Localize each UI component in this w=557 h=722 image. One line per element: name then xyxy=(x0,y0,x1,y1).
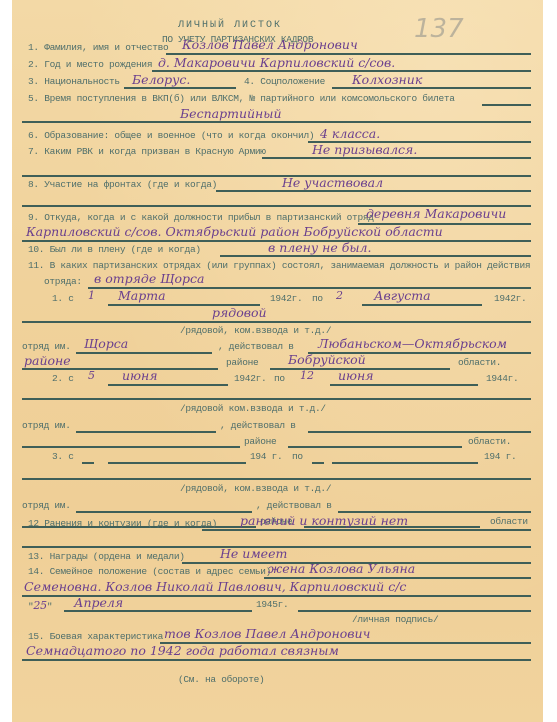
period-3-month-from-line xyxy=(108,462,246,464)
footer-note: (См. на обороте) xyxy=(178,674,264,685)
period-3-index: 3. с xyxy=(52,451,74,462)
period-1-acted-in: Любаньском—Октябрьском xyxy=(318,337,507,350)
field-7-line-2 xyxy=(22,175,531,177)
period-1-acted-in-cont: районе xyxy=(24,354,71,367)
field-5-value: Беспартийный xyxy=(180,107,282,120)
period-1-detachment-label: отряд им. xyxy=(22,341,71,352)
period-1-district-label: районе xyxy=(226,357,258,368)
field-4-value: Колхозник xyxy=(352,73,422,86)
signature-date-day: "25" xyxy=(28,599,52,612)
field-11-label: 11. В каких партизанских отрядах (или гр… xyxy=(28,260,530,271)
period-1-year-from: 1942г. xyxy=(270,293,302,304)
period-3-detachment-label: отряд им. xyxy=(22,500,71,511)
field-6-label: 6. Образование: общее и военное (что и к… xyxy=(28,130,314,141)
field-10-label: 10. Был ли в плену (где и когда) xyxy=(28,244,201,255)
signature-date-month-line xyxy=(64,610,252,612)
field-15-value-2: Семнадцатого по 1942 года работал связны… xyxy=(26,644,339,657)
field-8-value: Не участвовал xyxy=(282,176,383,189)
period-2-index: 2. с xyxy=(52,373,74,384)
period-2-rank-hint: /рядовой ком.взвода и т.д./ xyxy=(180,403,326,414)
period-2-acted-label: , действовал в xyxy=(220,420,296,431)
field-10-line xyxy=(220,255,531,257)
signature-line xyxy=(298,610,531,612)
signature-year: 1945г. xyxy=(256,599,288,610)
period-2-district-line xyxy=(288,446,462,448)
field-3-label: 3. Национальность xyxy=(28,76,120,87)
field-12-value: ранений и контузий нет xyxy=(240,514,408,527)
signature-date-month: Апреля xyxy=(74,596,123,609)
field-15-value-1: тов Козлов Павел Андронович xyxy=(164,627,370,640)
field-3-line xyxy=(124,87,236,89)
period-3-month-to-line xyxy=(332,462,478,464)
period-2-day-to: 12 xyxy=(300,369,314,382)
period-2-day-from: 5 xyxy=(88,369,95,382)
field-2-line xyxy=(152,70,531,72)
period-3-day-to-line xyxy=(312,462,324,464)
personnel-record-sheet: 137 ЛИЧНЫЙ ЛИСТОК ПО УЧЕТУ ПАРТИЗАНСКИХ … xyxy=(12,0,543,722)
period-1-district: Бобруйской xyxy=(288,353,366,366)
period-3-year-to: 194 г. xyxy=(484,451,516,462)
field-6-value: 4 класса. xyxy=(320,127,380,140)
period-2-month-from-line xyxy=(108,384,228,386)
field-8-line xyxy=(216,190,531,192)
period-2-month-from: июня xyxy=(122,369,158,382)
field-5-label: 5. Время поступления в ВКП(б) или ВЛКСМ,… xyxy=(28,93,455,104)
period-1-rank: рядовой xyxy=(212,306,267,319)
field-12-label: 12 Ранения и контузии (где и когда) xyxy=(28,518,217,529)
period-2-month-to-line xyxy=(330,384,478,386)
period-2-year-from: 1942г. xyxy=(234,373,266,384)
field-15-line-2 xyxy=(22,659,531,661)
period-2-to-label: по xyxy=(274,373,285,384)
period-2-district-label: районе xyxy=(244,436,276,447)
field-3-value: Белорус. xyxy=(132,73,190,86)
field-4-label: 4. Соцположение xyxy=(244,76,325,87)
period-1-month-to: Августа xyxy=(374,289,431,302)
period-1-acted-label: , действовал в xyxy=(218,341,294,352)
field-9-value-1: деревня Макаровичи xyxy=(366,207,506,220)
field-2-label: 2. Год и место рождения xyxy=(28,59,152,70)
period-2-region-label: области. xyxy=(468,436,511,447)
period-2-acted-line xyxy=(308,431,531,433)
archive-number: 137 xyxy=(414,14,464,44)
field-2-value: д. Макаровичи Карпиловский с/сов. xyxy=(158,56,395,69)
period-1-to-label: по xyxy=(312,293,323,304)
period-2-month-to: июня xyxy=(338,369,374,382)
field-14-label: 14. Семейное положение (состав и адрес с… xyxy=(28,566,271,577)
period-2-detachment-label: отряд им. xyxy=(22,420,71,431)
field-13-label: 13. Награды (ордена и медали) xyxy=(28,551,185,562)
field-1-label: 1. Фамилия, имя и отчество xyxy=(28,42,168,53)
period-1-detachment: Щорса xyxy=(84,337,128,350)
period-1-year-to: 1942г. xyxy=(494,293,526,304)
field-8-label: 8. Участие на фронтах (где и когда) xyxy=(28,179,217,190)
period-3-region-label: области xyxy=(490,516,528,527)
period-2-acted-line-2 xyxy=(22,446,240,448)
period-1-day-from: 1 xyxy=(88,289,95,302)
period-1-acted-line-2 xyxy=(22,368,218,370)
period-3-acted-label: , действовал в xyxy=(256,500,332,511)
period-3-detachment-line xyxy=(76,511,252,513)
period-1-month-to-line xyxy=(362,304,482,306)
document-title: ЛИЧНЫЙ ЛИСТОК xyxy=(178,20,282,31)
field-7-line xyxy=(262,157,531,159)
period-1-index: 1. с xyxy=(52,293,74,304)
field-13-value: Не имеет xyxy=(220,547,287,560)
field-5-line xyxy=(482,104,531,106)
field-11-label-cont: отряда: xyxy=(44,276,82,287)
field-14-value-1: жена Козлова Ульяна xyxy=(268,562,415,575)
field-12-line xyxy=(202,529,531,531)
field-10-value: в плену не был. xyxy=(268,241,371,254)
field-14-value-2: Семеновна. Козлов Николай Павлович, Карп… xyxy=(24,580,406,593)
period-1-rank-hint: /рядовой, ком.взвода и т.д./ xyxy=(180,325,331,336)
period-1-detachment-line xyxy=(76,352,212,354)
signature-hint: /личная подпись/ xyxy=(352,614,438,625)
period-2-detachment-line xyxy=(76,431,216,433)
field-7-label: 7. Каким РВК и когда призван в Красную А… xyxy=(28,146,266,157)
field-5-line-2 xyxy=(22,121,531,123)
period-1-region-label: области. xyxy=(458,357,501,368)
field-11-value: в отряде Щорса xyxy=(94,272,204,285)
period-1-month-from: Марта xyxy=(118,289,166,302)
field-15-label: 15. Боевая характеристика xyxy=(28,631,163,642)
field-1-value: Козлов Павел Андронович xyxy=(182,38,358,51)
period-1-day-to: 2 xyxy=(336,289,343,302)
field-9-value-2: Карпиловский с/сов. Октябрьский район Бо… xyxy=(26,225,443,238)
field-7-value: Не призывался. xyxy=(312,143,417,156)
period-2-year-to: 1944г. xyxy=(486,373,518,384)
period-1-rank-line xyxy=(22,321,531,323)
period-3-rank-line xyxy=(22,478,531,480)
period-3-rank-hint: /рядовой, ком.взвода и т.д./ xyxy=(180,483,331,494)
field-9-label: 9. Откуда, когда и с какой должности при… xyxy=(28,212,374,223)
field-4-line xyxy=(332,87,531,89)
period-3-day-from-line xyxy=(82,462,94,464)
period-2-rank-line xyxy=(22,398,531,400)
period-3-year-from: 194 г. xyxy=(250,451,282,462)
period-3-to-label: по xyxy=(292,451,303,462)
